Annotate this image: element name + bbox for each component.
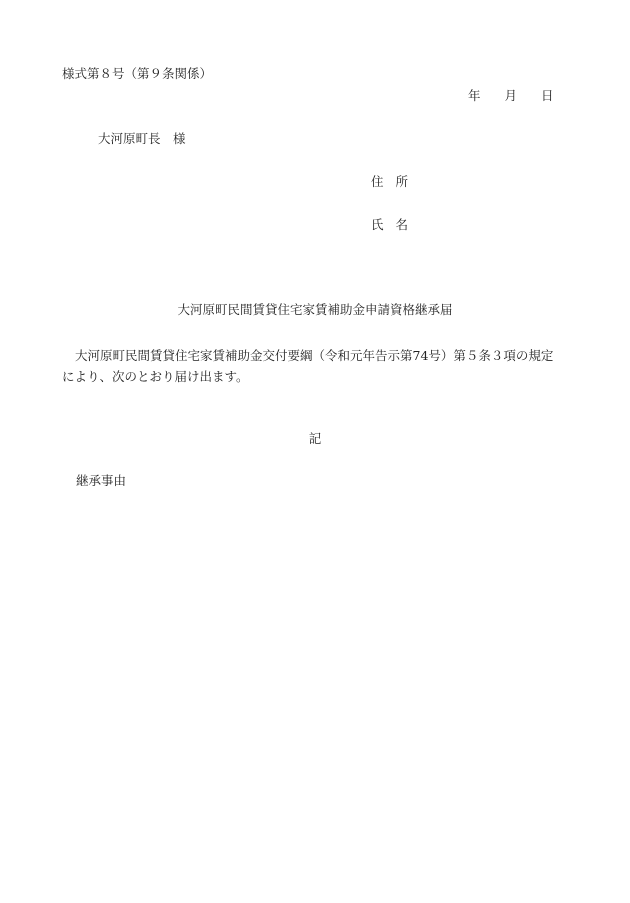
date-line: 年月日	[468, 88, 554, 104]
form-number: 様式第８号（第９条関係）	[62, 66, 212, 82]
address-label-char-1: 住	[371, 174, 384, 189]
document-title: 大河原町民間賃貸住宅家賃補助金申請資格継承届	[0, 302, 630, 318]
day-label: 日	[541, 88, 554, 104]
year-label: 年	[468, 88, 481, 104]
address-field-label: 住所	[371, 174, 408, 190]
name-field-label: 氏名	[371, 217, 408, 233]
address-label-char-2: 所	[396, 174, 409, 189]
addressee: 大河原町長 様	[98, 131, 186, 147]
month-label: 月	[505, 88, 518, 104]
name-label-char-2: 名	[396, 217, 409, 232]
reason-label: 継承事由	[76, 473, 126, 489]
body-paragraph: 大河原町民間賃貸住宅家賃補助金交付要綱（令和元年告示第74号）第５条３項の規定に…	[62, 345, 562, 387]
ki-heading: 記	[0, 431, 630, 447]
name-label-char-1: 氏	[371, 217, 384, 232]
